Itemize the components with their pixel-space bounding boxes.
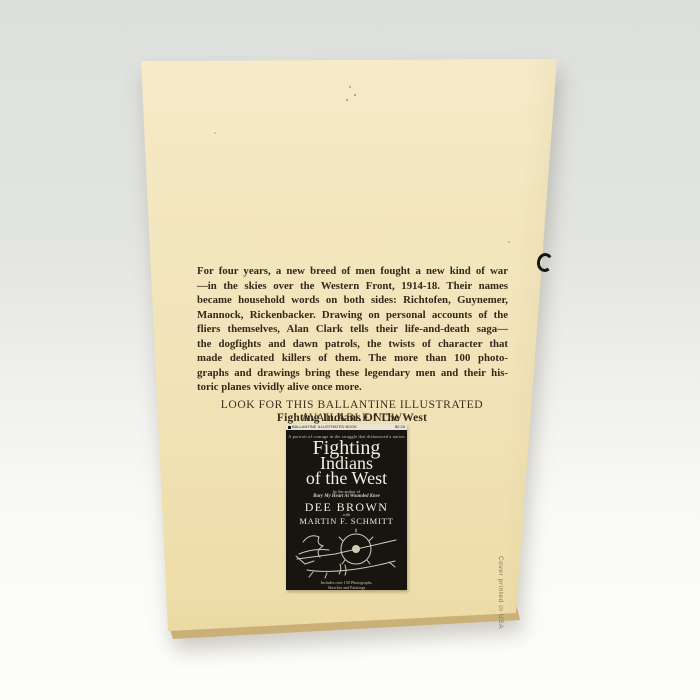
blurb-line: For four years, a new breed of men fough… bbox=[197, 264, 508, 279]
inset-title-line: of the West bbox=[286, 471, 407, 486]
foxing-speck bbox=[354, 94, 356, 96]
cover-printed-note: Cover printed in USA bbox=[497, 556, 504, 629]
back-cover-blurb: For four years, a new breed of men fough… bbox=[197, 264, 508, 395]
blurb-line: fliers themselves, Alan Clark tells thei… bbox=[197, 322, 508, 337]
foxing-speck bbox=[349, 86, 351, 88]
blurb-line: the dogfights and dawn patrols, the twis… bbox=[197, 337, 508, 352]
weapons-sketch-illustration bbox=[293, 528, 401, 580]
inset-header-band: BALLANTINE ILLUSTRATED BOOK $2.00 bbox=[286, 424, 407, 430]
foxing-speck bbox=[214, 132, 216, 134]
inset-author: DEE BROWN bbox=[286, 502, 407, 513]
inset-co-author: MARTIN F. SCHMITT bbox=[286, 517, 407, 525]
inset-byline: by the author of Bury My Heart At Wounde… bbox=[286, 490, 407, 500]
inset-caption: Includes over 150 Photographs, Sketches … bbox=[286, 581, 407, 590]
inset-price: $2.00 bbox=[395, 424, 405, 430]
ballantine-logo-icon bbox=[288, 426, 291, 429]
blurb-line: became household words on both sides: Ri… bbox=[197, 293, 508, 308]
inset-byline-work: Bury My Heart At Wounded Knee bbox=[286, 495, 407, 500]
inset-title: Fighting Indians of the West bbox=[286, 441, 407, 486]
inset-header-left: BALLANTINE ILLUSTRATED BOOK bbox=[288, 424, 357, 430]
foxing-speck bbox=[346, 99, 348, 101]
promo-book-title: Fighting Indians Of The West bbox=[186, 412, 518, 424]
foxing-speck bbox=[508, 241, 510, 243]
inset-imprint-text: BALLANTINE ILLUSTRATED BOOK bbox=[292, 424, 357, 430]
blurb-line: toric planes vividly alive once more. bbox=[197, 380, 508, 395]
blurb-line: —in the skies over the Western Front, 19… bbox=[197, 279, 508, 294]
photo-backdrop: For four years, a new breed of men fough… bbox=[0, 0, 700, 700]
blurb-line: made dedicated killers of them. The more… bbox=[197, 351, 508, 366]
blurb-line: graphs and drawings bring these legendar… bbox=[197, 366, 508, 381]
inset-caption-line: Sketches and Paintings bbox=[286, 586, 407, 591]
blurb-line: Mannock, Rickenbacker. Drawing on person… bbox=[197, 308, 508, 323]
inset-book-cover: BALLANTINE ILLUSTRATED BOOK $2.00 A port… bbox=[286, 424, 407, 590]
